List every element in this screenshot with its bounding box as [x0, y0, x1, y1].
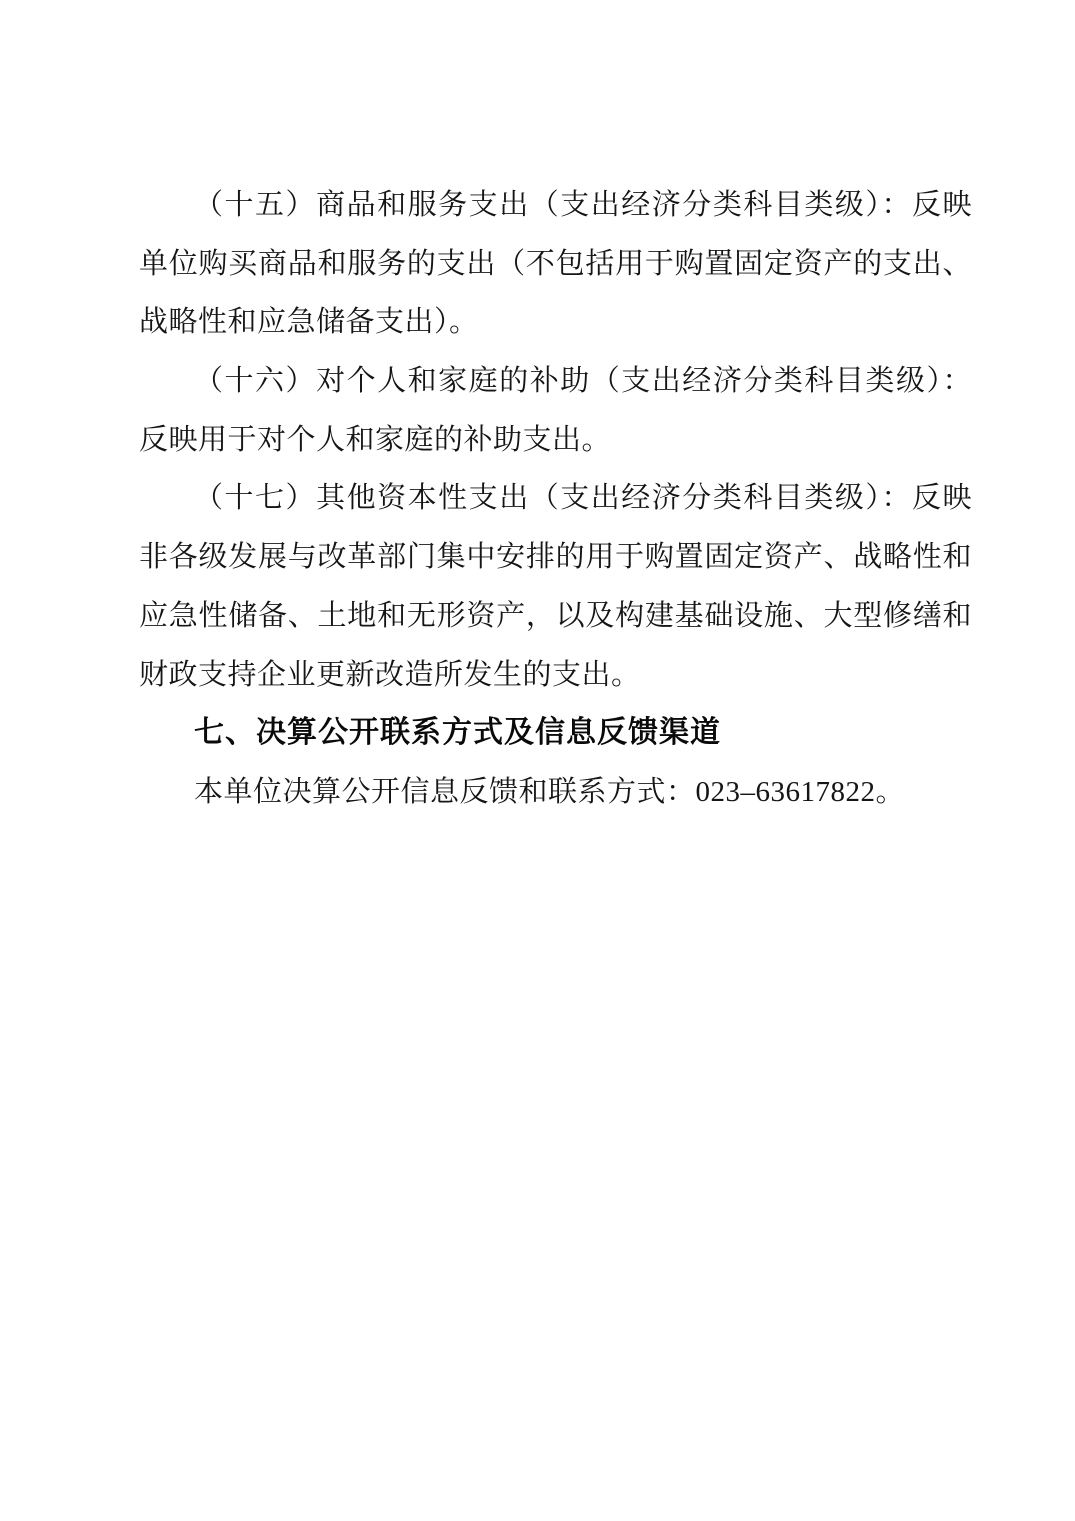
text-line: （十六）对个人和家庭的补助（支出经济分类科目类级）： [139, 352, 972, 411]
section-heading: 七、决算公开联系方式及信息反馈渠道 [139, 704, 972, 763]
text-line: 应急性储备、土地和无形资产，以及构建基础设施、大型修缮和 [139, 587, 972, 646]
text-line: （十五）商品和服务支出（支出经济分类科目类级）：反映 [139, 176, 972, 235]
text-line: 单位购买商品和服务的支出（不包括用于购置固定资产的支出、 [139, 235, 972, 294]
document-text: （十五）商品和服务支出（支出经济分类科目类级）：反映单位购买商品和服务的支出（不… [139, 176, 972, 822]
text-line: 反映用于对个人和家庭的补助支出。 [139, 411, 972, 470]
document-page: （十五）商品和服务支出（支出经济分类科目类级）：反映单位购买商品和服务的支出（不… [0, 0, 1075, 1521]
text-line: （十七）其他资本性支出（支出经济分类科目类级）：反映 [139, 469, 972, 528]
text-line: 非各级发展与改革部门集中安排的用于购置固定资产、战略性和 [139, 528, 972, 587]
text-line: 财政支持企业更新改造所发生的支出。 [139, 646, 972, 705]
text-line: 本单位决算公开信息反馈和联系方式：023–63617822。 [139, 763, 972, 822]
text-line: 战略性和应急储备支出）。 [139, 293, 972, 352]
